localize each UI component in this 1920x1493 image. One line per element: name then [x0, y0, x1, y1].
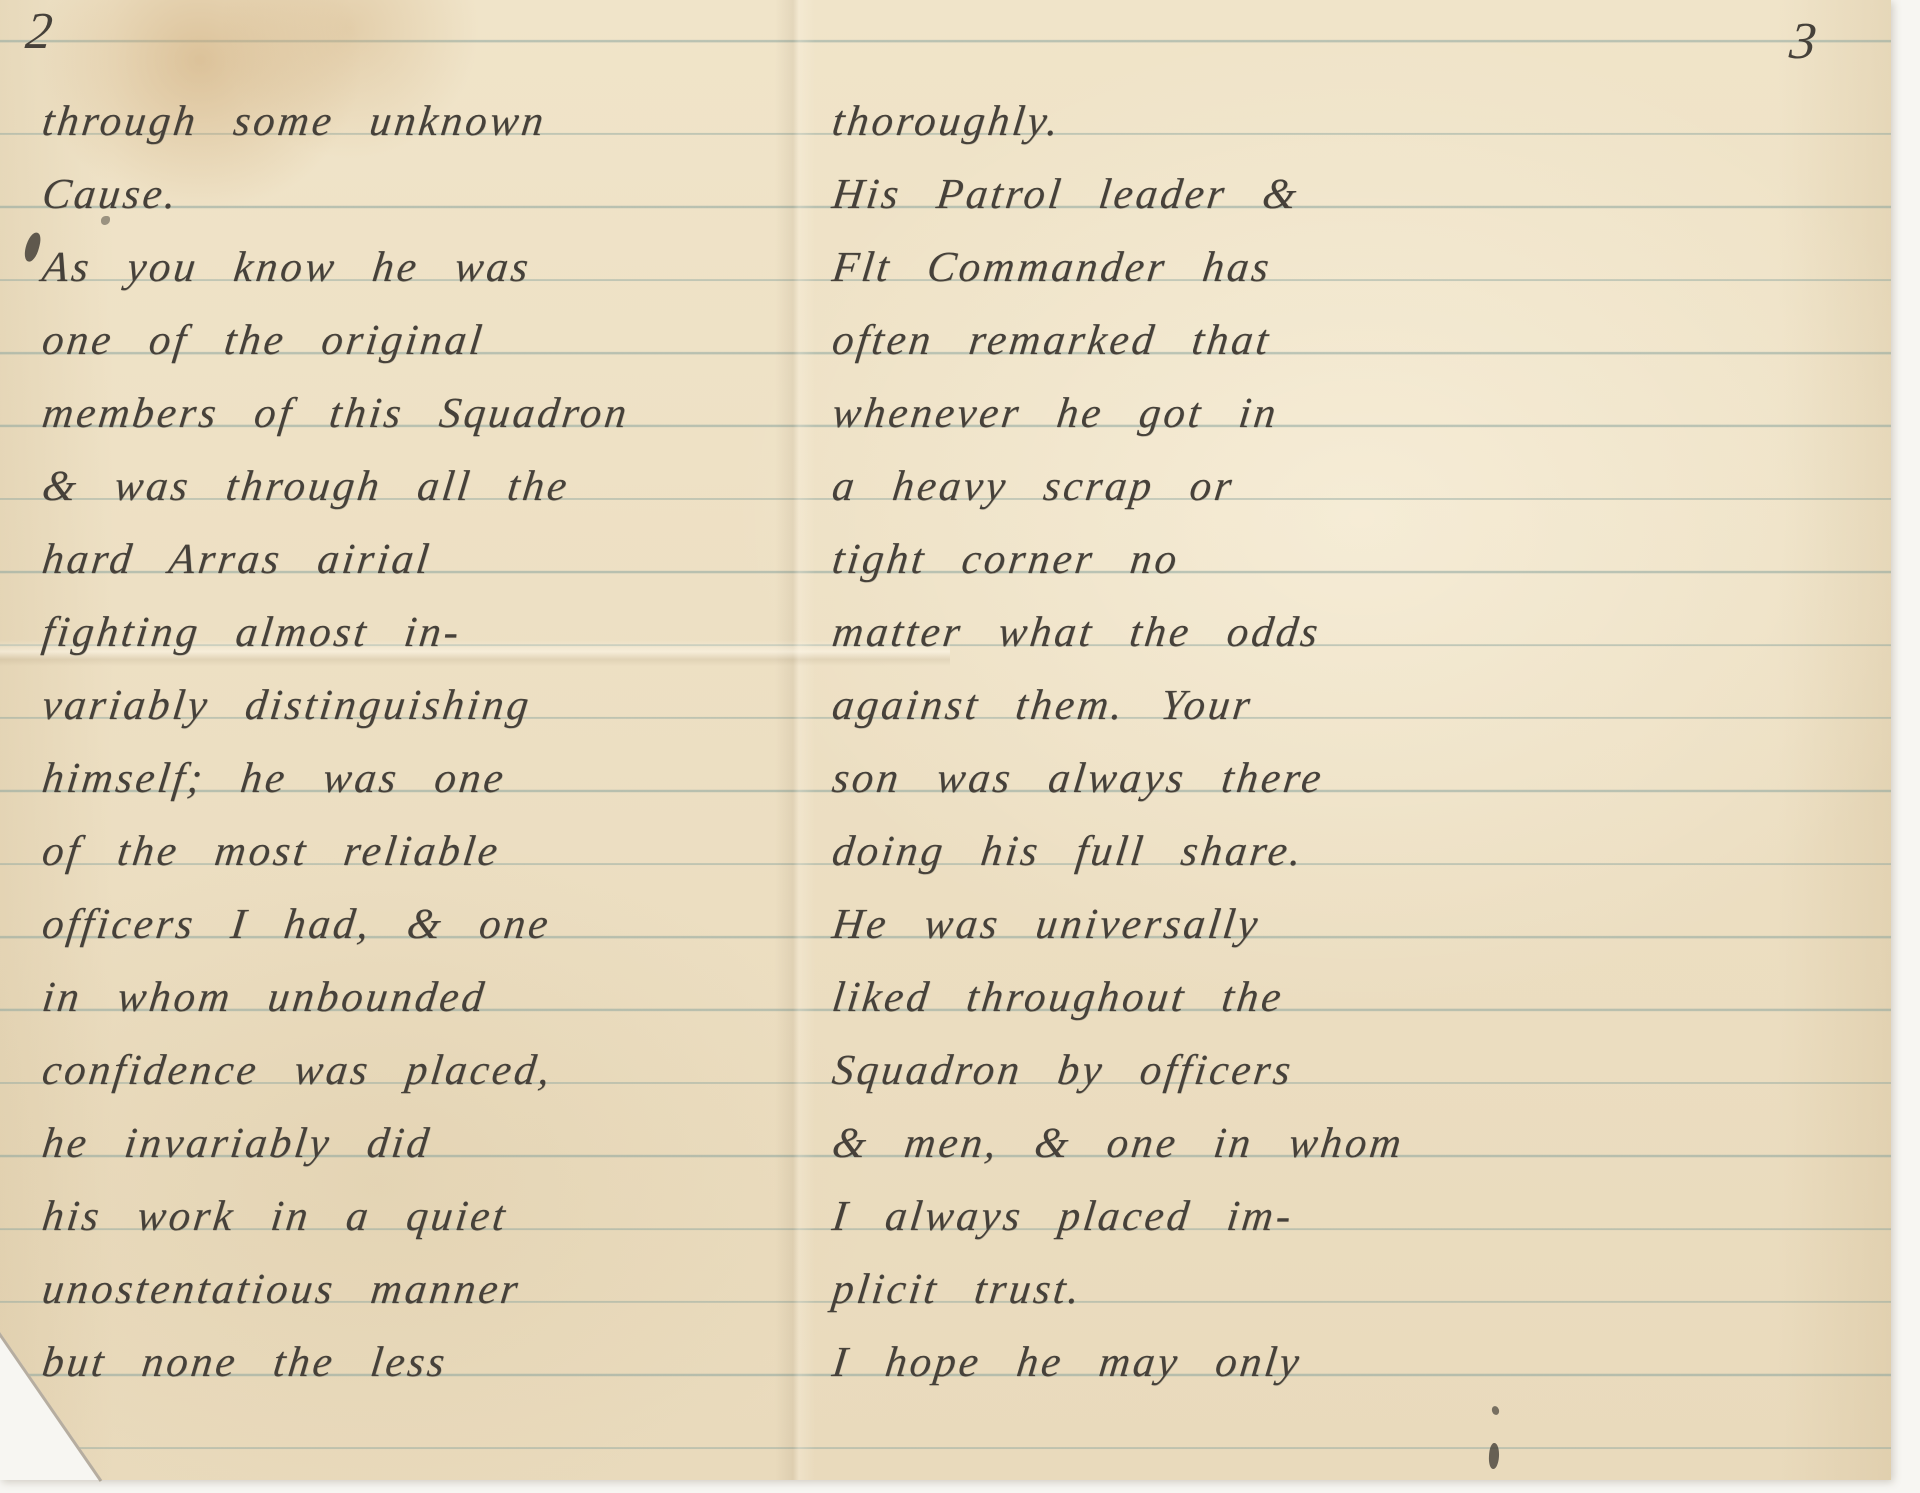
- handwritten-line: liked throughout the: [828, 961, 1597, 1034]
- handwritten-line: of the most reliable: [38, 815, 787, 888]
- handwritten-line: a heavy scrap or: [828, 450, 1597, 523]
- handwritten-line: I always placed im-: [828, 1180, 1597, 1253]
- handwritten-line: he invariably did: [38, 1107, 787, 1180]
- handwritten-line: but none the less: [38, 1326, 787, 1399]
- handwritten-line: doing his full share.: [828, 815, 1597, 888]
- handwritten-line: one of the original: [38, 304, 787, 377]
- handwritten-line: son was always there: [828, 742, 1597, 815]
- handwritten-line: in whom unbounded: [38, 961, 787, 1034]
- handwritten-line: unostentatious manner: [38, 1253, 787, 1326]
- handwritten-line: through some unknown: [38, 85, 787, 158]
- handwritten-line: tight corner no: [828, 523, 1597, 596]
- handwritten-line: variably distinguishing: [38, 669, 787, 742]
- handwritten-line: thoroughly.: [828, 85, 1597, 158]
- handwritten-line: plicit trust.: [828, 1253, 1597, 1326]
- handwritten-line: his work in a quiet: [38, 1180, 787, 1253]
- handwritten-line: members of this Squadron: [38, 377, 787, 450]
- scanned-letter: 2 3 through some unknownCause.As you kno…: [0, 0, 1920, 1493]
- handwritten-line: Squadron by officers: [828, 1034, 1597, 1107]
- right-page-text: thoroughly.His Patrol leader &Flt Comman…: [828, 85, 1588, 1399]
- handwritten-line: against them. Your: [828, 669, 1597, 742]
- handwritten-line: confidence was placed,: [38, 1034, 787, 1107]
- handwritten-line: whenever he got in: [828, 377, 1597, 450]
- handwritten-line: He was universally: [828, 888, 1597, 961]
- handwritten-line: As you know he was: [38, 231, 787, 304]
- page-number-left: 2: [23, 6, 54, 58]
- handwritten-line: officers I had, & one: [38, 888, 787, 961]
- handwritten-line: himself; he was one: [38, 742, 787, 815]
- handwritten-line: often remarked that: [828, 304, 1597, 377]
- page-number-right: 3: [1787, 16, 1818, 68]
- handwritten-line: matter what the odds: [828, 596, 1597, 669]
- handwritten-line: I hope he may only: [828, 1326, 1597, 1399]
- handwritten-line: His Patrol leader &: [828, 158, 1597, 231]
- handwritten-line: hard Arras airial: [38, 523, 787, 596]
- handwritten-line: Cause.: [38, 158, 787, 231]
- handwritten-line: & was through all the: [38, 450, 787, 523]
- handwritten-line: & men, & one in whom: [828, 1107, 1597, 1180]
- handwritten-line: Flt Commander has: [828, 231, 1597, 304]
- handwritten-line: fighting almost in-: [38, 596, 787, 669]
- left-page-text: through some unknownCause.As you know he…: [38, 85, 778, 1399]
